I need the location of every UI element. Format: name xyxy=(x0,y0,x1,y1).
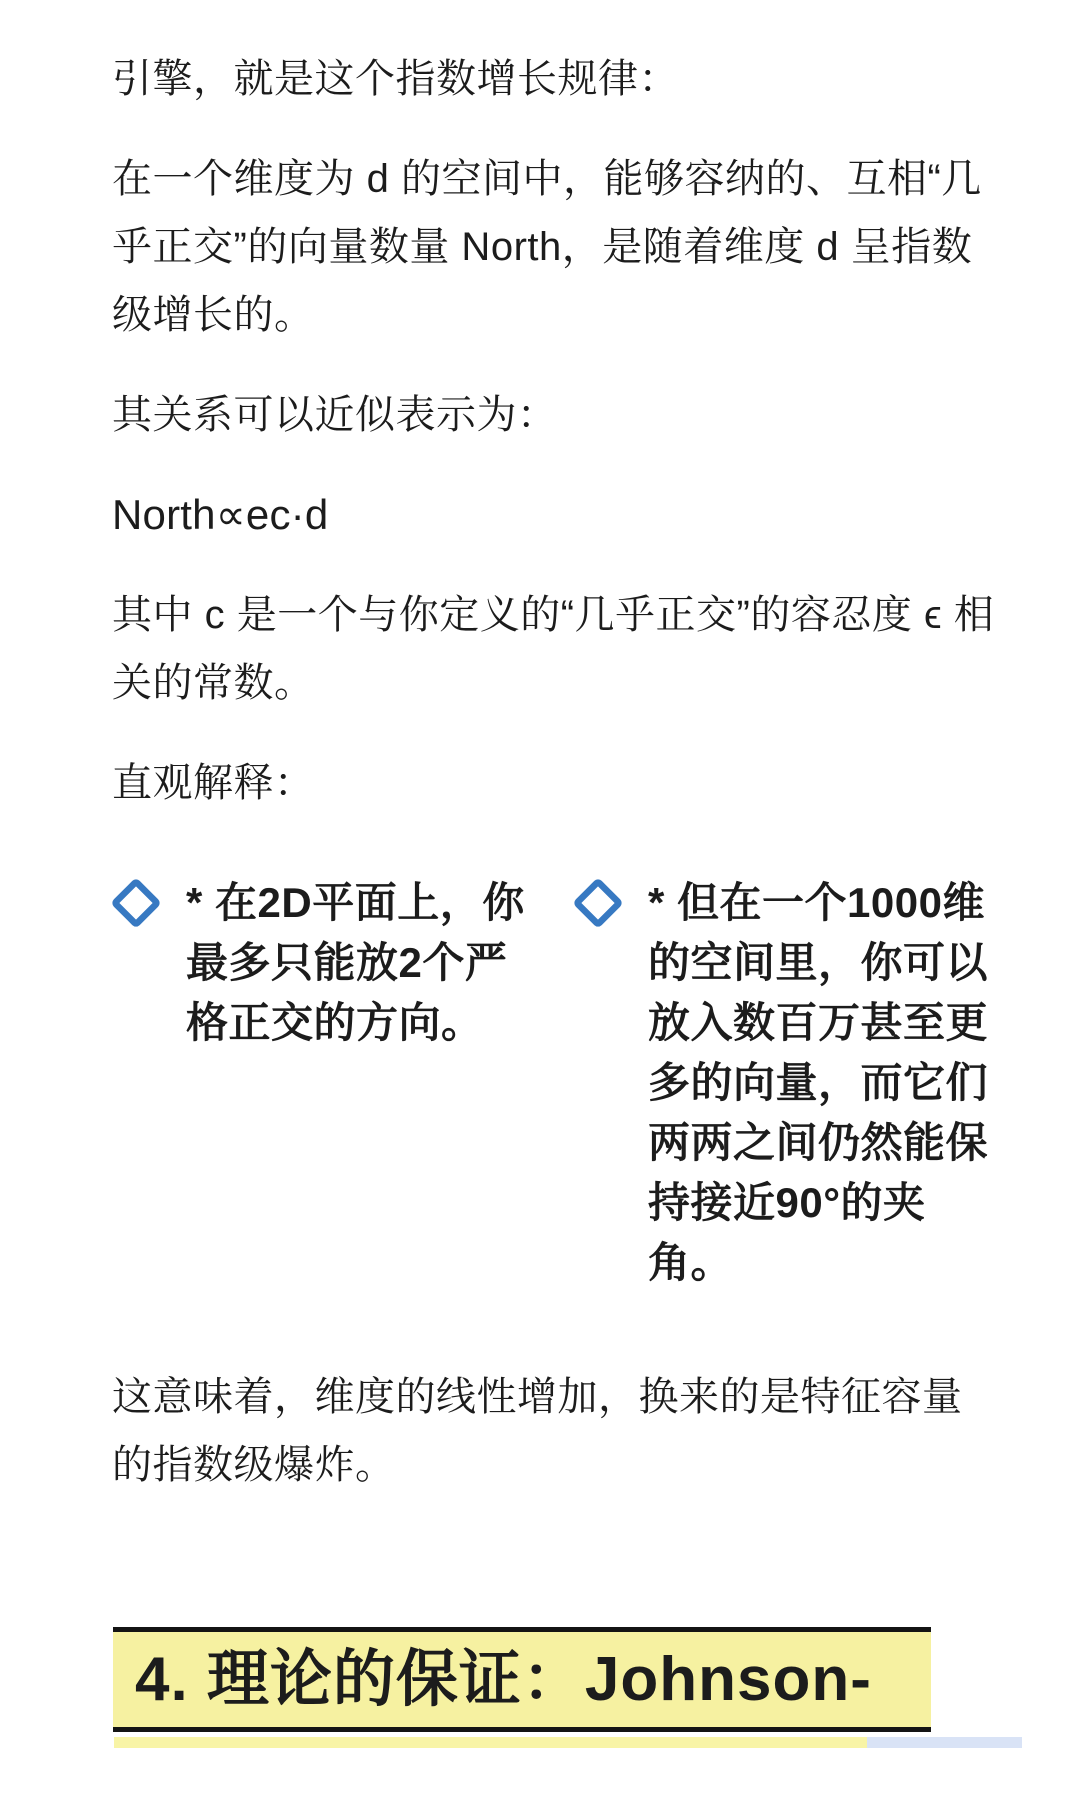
bullet-list: * 在2D平面上，你最多只能放2个严格正交的方向。 * 但在一个1000维的空间… xyxy=(112,873,1000,1293)
strip-yellow-segment xyxy=(114,1737,867,1748)
paragraph-constant-note: 其中 c 是一个与你定义的“几乎正交”的容忍度 ϵ 相关的常数。 xyxy=(112,581,1000,717)
bullet-text-2d: * 在2D平面上，你最多只能放2个严格正交的方向。 xyxy=(186,873,538,1053)
bullet-text-1000d: * 但在一个1000维的空间里，你可以放入数百万甚至更多的向量，而它们两两之间仍… xyxy=(648,873,1000,1293)
section-heading-highlighted: 4. 理论的保证：Johnson- xyxy=(113,1627,931,1732)
next-section-preview-strip xyxy=(114,1737,1022,1748)
paragraph-relation-lead: 其关系可以近似表示为： xyxy=(112,381,1000,449)
paragraph-conclusion: 这意味着，维度的线性增加，换来的是特征容量的指数级爆炸。 xyxy=(112,1363,1000,1499)
bullet-item-2d: * 在2D平面上，你最多只能放2个严格正交的方向。 xyxy=(112,873,538,1293)
paragraph-intro: 引擎，就是这个指数增长规律： xyxy=(112,45,1000,113)
paragraph-dimension-rule: 在一个维度为 d 的空间中，能够容纳的、互相“几乎正交”的向量数量 North，… xyxy=(112,145,1000,349)
bullet-item-1000d: * 但在一个1000维的空间里，你可以放入数百万甚至更多的向量，而它们两两之间仍… xyxy=(574,873,1000,1293)
paragraph-intuition-lead: 直观解释： xyxy=(112,749,1000,817)
diamond-icon xyxy=(112,879,160,927)
strip-blue-segment xyxy=(867,1737,1022,1748)
article-content: 引擎，就是这个指数增长规律： 在一个维度为 d 的空间中，能够容纳的、互相“几乎… xyxy=(112,0,1000,1732)
formula-exponential: North∝ec·d xyxy=(112,481,1000,549)
article-page: 引擎，就是这个指数增长规律： 在一个维度为 d 的空间中，能够容纳的、互相“几乎… xyxy=(0,0,1080,1800)
diamond-icon xyxy=(574,879,622,927)
